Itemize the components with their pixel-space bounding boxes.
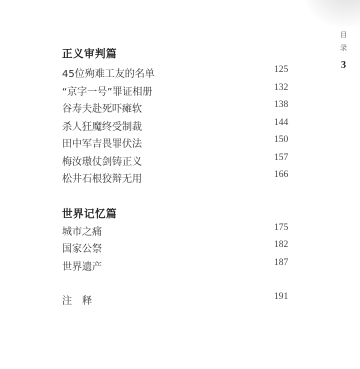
toc-entry-page: 132 xyxy=(274,83,288,93)
toc-entry-page: 175 xyxy=(274,223,288,233)
toc-entry-page: 182 xyxy=(274,240,288,250)
toc-entry-label: “京字一号”罪证相册 xyxy=(62,83,152,98)
toc-entry-page: 187 xyxy=(274,258,288,268)
toc-entry-label: 45位殉难工友的名单 xyxy=(62,65,155,80)
folio-page-number: 3 xyxy=(341,60,346,71)
toc-entry-page: 144 xyxy=(274,118,288,128)
toc-entry[interactable]: 田中军吉畏罪伏法 150 xyxy=(62,135,292,149)
toc-entry-label: 城市之痛 xyxy=(62,223,102,238)
toc-entry-label: 松井石根狡辩无用 xyxy=(62,170,142,185)
toc-entry[interactable]: 松井石根狡辩无用 166 xyxy=(62,170,292,184)
toc-entry-label: 谷寿夫赴死吓瘫软 xyxy=(62,100,142,115)
toc-entry-notes[interactable]: 注 释 191 xyxy=(62,292,292,306)
table-of-contents: 正义审判篇 45位殉难工友的名单 125 “京字一号”罪证相册 132 谷寿夫赴… xyxy=(0,0,360,369)
section-title-world-memory: 世界记忆篇 xyxy=(62,206,117,221)
running-head-char-1: 目 xyxy=(340,30,347,40)
toc-entry[interactable]: “京字一号”罪证相册 132 xyxy=(62,83,292,97)
toc-entry-label: 注 释 xyxy=(62,292,92,307)
toc-entry[interactable]: 谷寿夫赴死吓瘫软 138 xyxy=(62,100,292,114)
toc-entry[interactable]: 城市之痛 175 xyxy=(62,223,292,237)
toc-entry[interactable]: 国家公祭 182 xyxy=(62,240,292,254)
running-head-char-2: 录 xyxy=(340,43,347,53)
toc-entry-page: 191 xyxy=(274,292,288,302)
toc-entry-page: 138 xyxy=(274,100,288,110)
section-title-justice: 正义审判篇 xyxy=(62,46,117,61)
toc-entry-page: 125 xyxy=(274,65,288,75)
toc-entry[interactable]: 杀人狂魔终受制裁 144 xyxy=(62,118,292,132)
toc-entry[interactable]: 梅汝璈仗剑铸正义 157 xyxy=(62,153,292,167)
toc-entry-label: 世界遗产 xyxy=(62,258,102,273)
toc-entry[interactable]: 世界遗产 187 xyxy=(62,258,292,272)
toc-entry-page: 150 xyxy=(274,135,288,145)
toc-entry-label: 田中军吉畏罪伏法 xyxy=(62,135,142,150)
toc-entry-label: 国家公祭 xyxy=(62,240,102,255)
toc-entry-page: 157 xyxy=(274,153,288,163)
toc-entry[interactable]: 45位殉难工友的名单 125 xyxy=(62,65,292,79)
toc-entry-label: 杀人狂魔终受制裁 xyxy=(62,118,142,133)
toc-entry-page: 166 xyxy=(274,170,288,180)
toc-entry-label: 梅汝璈仗剑铸正义 xyxy=(62,153,142,168)
